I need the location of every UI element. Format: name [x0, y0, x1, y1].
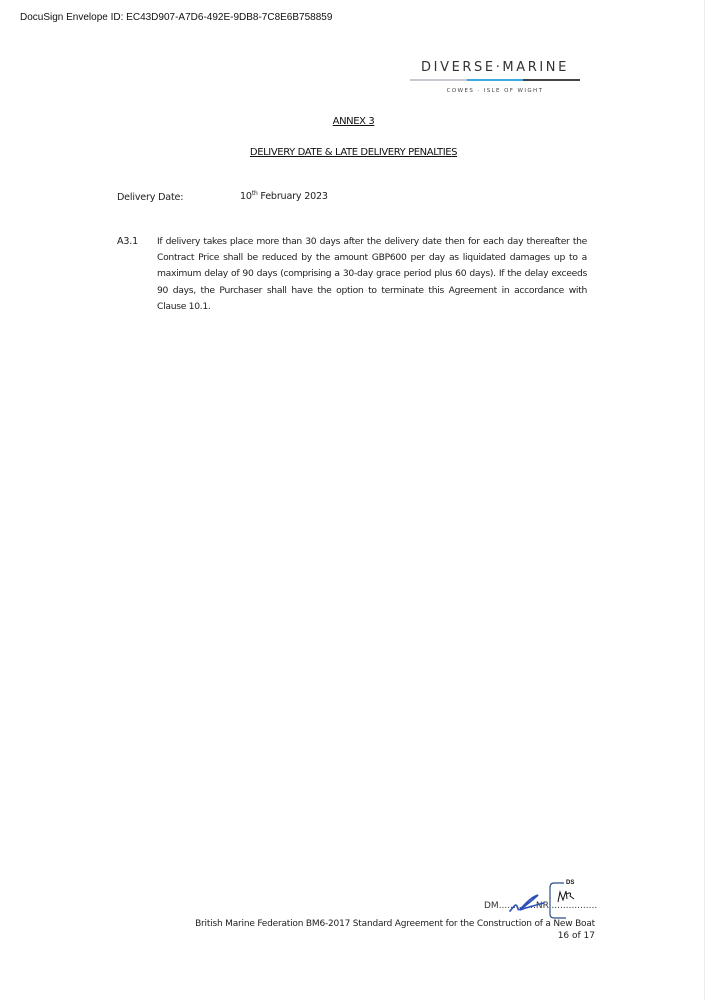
delivery-month-year: February 2023: [258, 191, 328, 202]
docusign-initials-box: [548, 880, 608, 920]
logo-bar-left: [410, 79, 467, 81]
annex-subtitle: DELIVERY DATE & LATE DELIVERY PENALTIES: [0, 147, 707, 158]
docusign-label: DS: [566, 880, 574, 886]
logo-bar-right: [523, 79, 580, 81]
company-logo: DIVERSE·MARINE COWES · ISLE OF WIGHT: [410, 60, 580, 94]
page-number: 16 of 17: [558, 931, 595, 941]
delivery-date-label: Delivery Date:: [117, 192, 183, 203]
logo-title: DIVERSE·MARINE: [410, 60, 580, 75]
clause-number: A3.1: [117, 236, 138, 247]
dm-signature-icon: [508, 893, 548, 913]
logo-color-bars: [410, 79, 580, 81]
annex-title: ANNEX 3: [0, 116, 707, 127]
clause-text: If delivery takes place more than 30 day…: [157, 234, 587, 315]
footer-agreement: British Marine Federation BM6-2017 Stand…: [195, 917, 595, 931]
docusign-envelope-id: DocuSign Envelope ID: EC43D907-A7D6-492E…: [20, 12, 332, 23]
delivery-date-value: 10th February 2023: [240, 190, 328, 202]
delivery-day: 10: [240, 191, 252, 202]
logo-bar-middle: [467, 79, 524, 81]
logo-subtitle: COWES · ISLE OF WIGHT: [410, 88, 580, 94]
